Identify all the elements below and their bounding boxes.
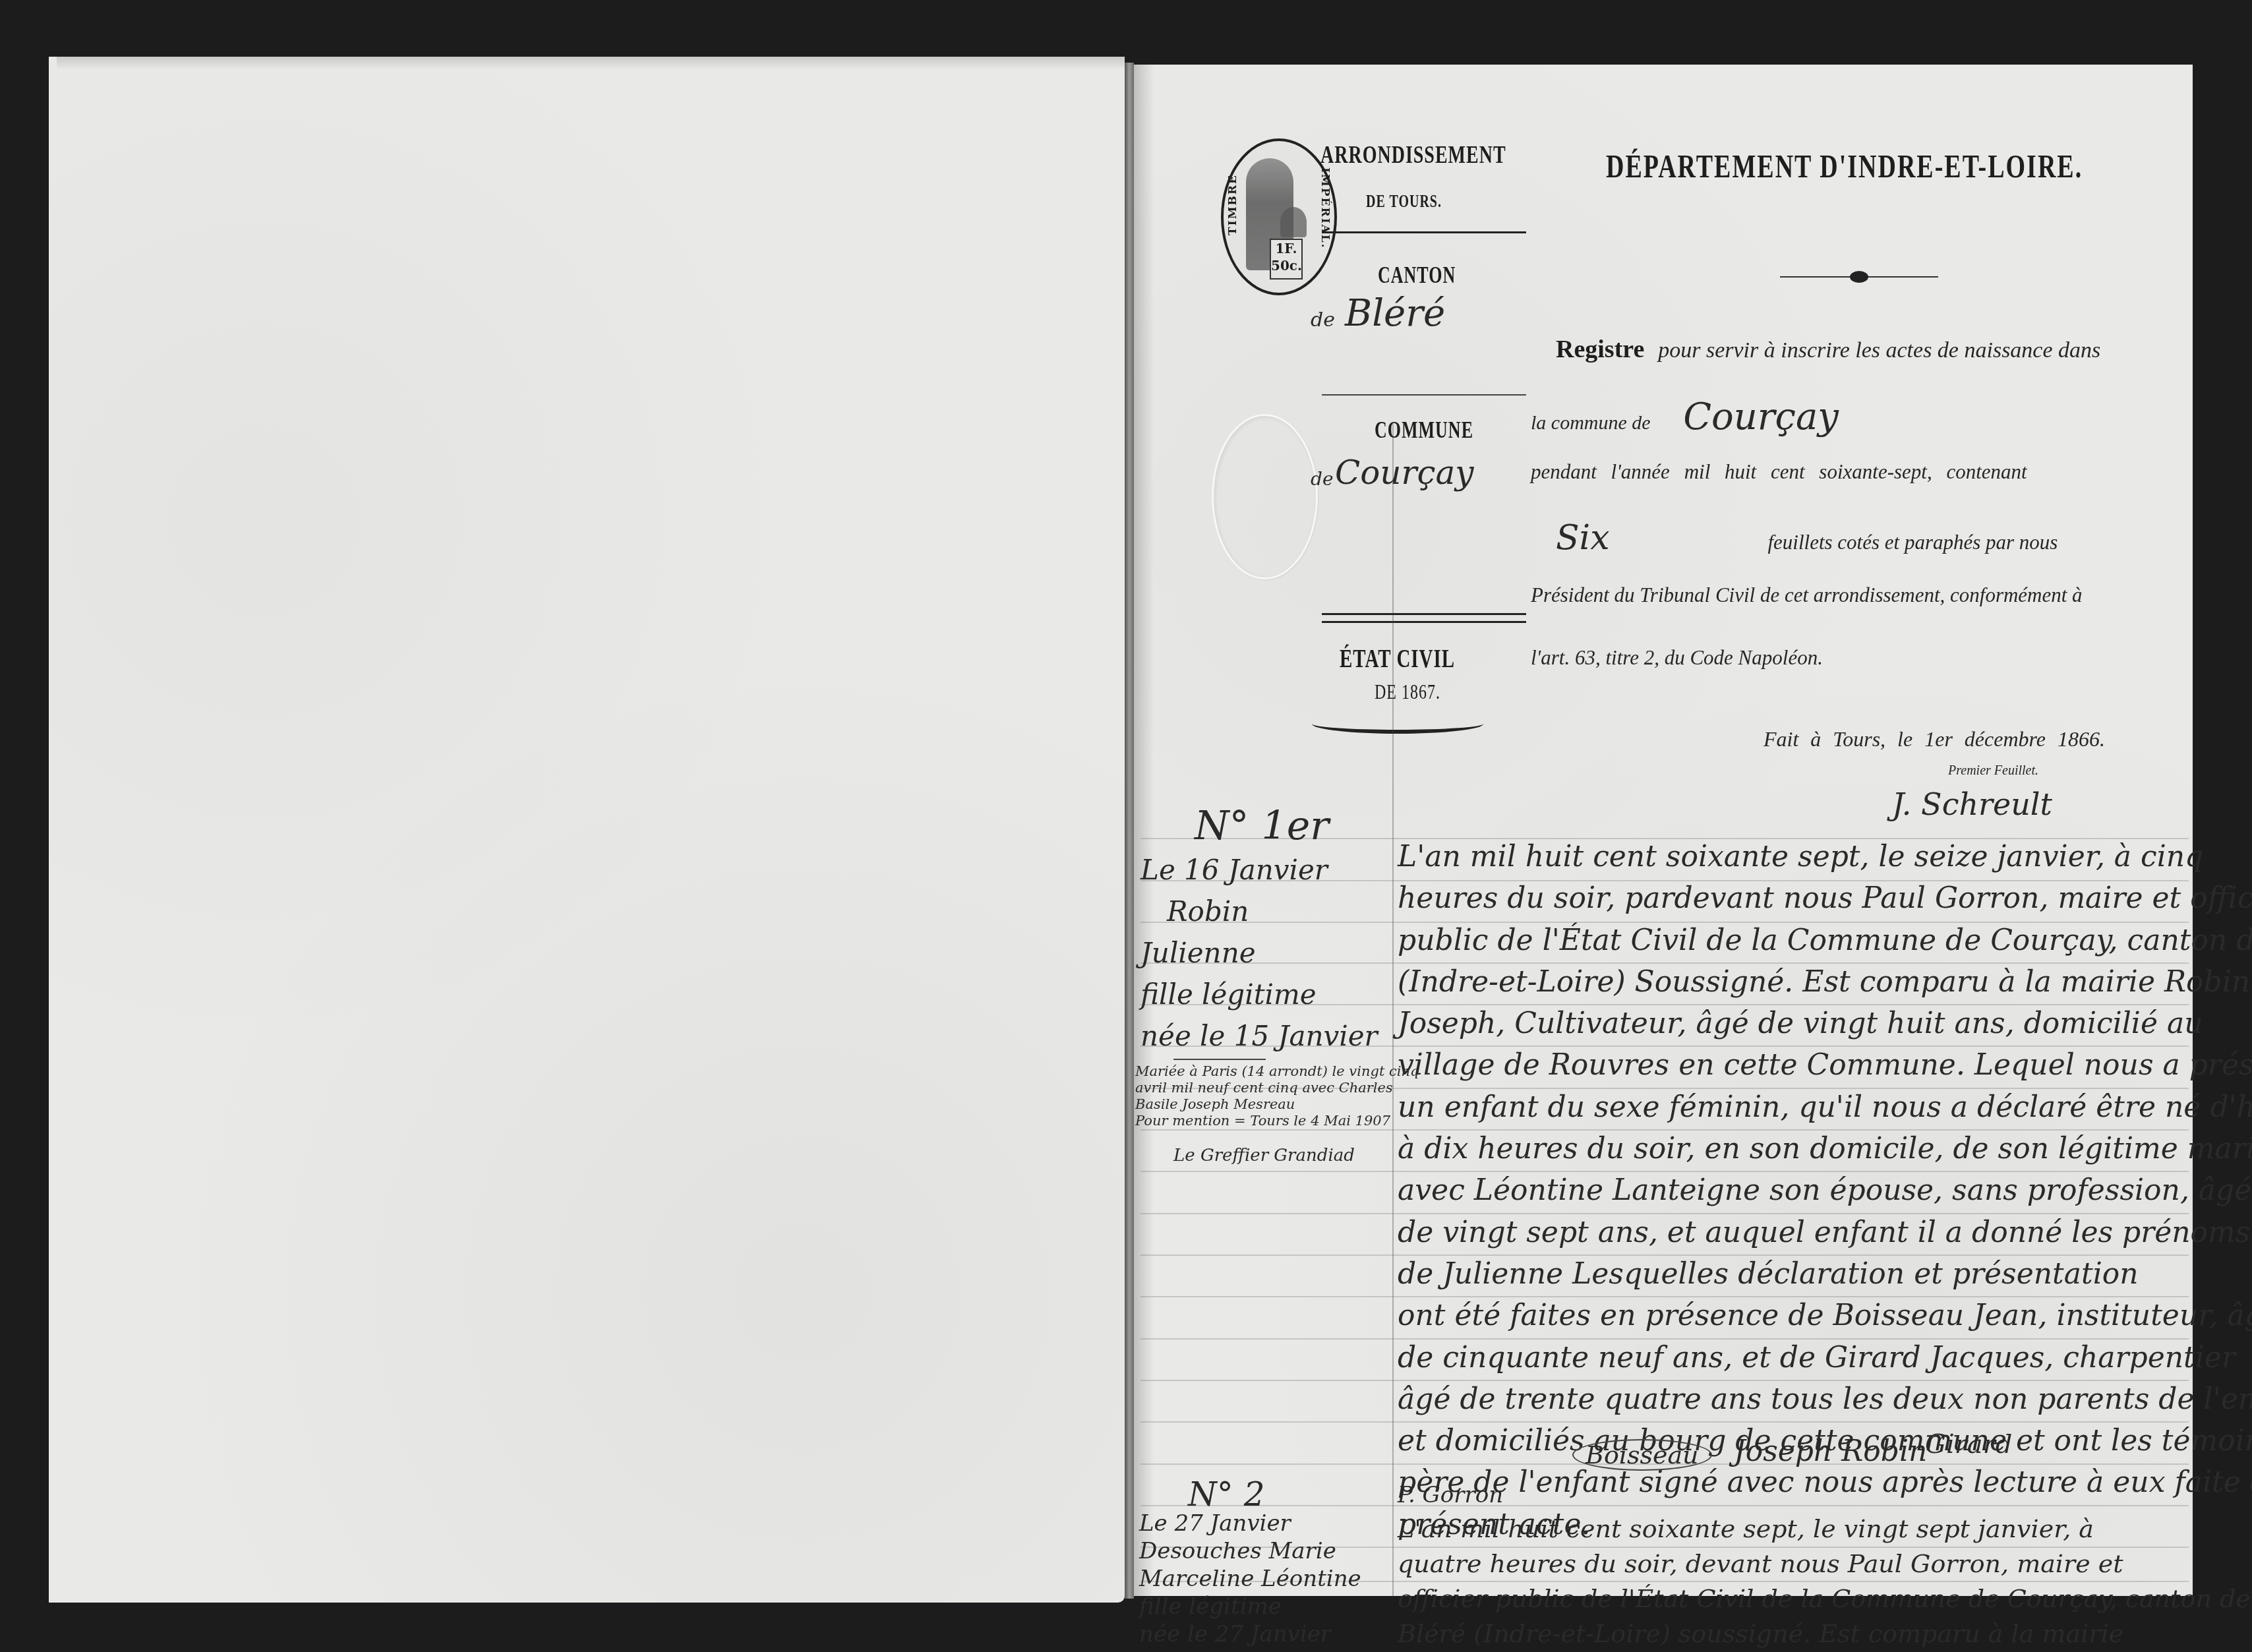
body-line: Bléré (Indre-et-Loire) soussigné. Est co… [1398, 1616, 2251, 1651]
entry-1-date: Le 16 Janvier [1141, 849, 1378, 891]
entry-2-given-names: Marceline Léontine [1139, 1565, 1361, 1593]
entry-1-given-name: Julienne [1141, 932, 1378, 974]
registre-commune-value: Courçay [1683, 396, 1839, 438]
annotation-line: Mariée à Paris (14 arrondt) le vingt cin… [1135, 1063, 1419, 1080]
body-line: quatre heures du soir, devant nous Paul … [1398, 1547, 2251, 1581]
body-line: de cinquante neuf ans, et de Girard Jacq… [1398, 1337, 2252, 1378]
body-line: de vingt sept ans, et auquel enfant il a… [1398, 1212, 2252, 1253]
entry-2-status: fille légitime [1139, 1593, 1361, 1620]
registre-line-1: Registre pour servir à inscrire les acte… [1556, 335, 2100, 364]
etat-civil-label: ÉTAT CIVIL [1340, 645, 1455, 674]
entry-1-marginal-annotation: Mariée à Paris (14 arrondt) le vingt cin… [1135, 1063, 1419, 1129]
gutter-shadow [1134, 65, 1154, 1596]
body-line: à dix heures du soir, en son domicile, d… [1398, 1128, 2252, 1169]
body-line: village de Rouvres en cette Commune. Leq… [1398, 1044, 2252, 1086]
stamp-value: 1F. 50c. [1270, 239, 1303, 280]
body-line: L'an mil huit cent soixante sept, le sei… [1398, 836, 2252, 877]
entry-2-name: Desouches Marie [1139, 1537, 1361, 1565]
body-line: officier public de l'État Civil de la Co… [1398, 1581, 2251, 1616]
president-signature: J. Schreult [1892, 786, 2052, 822]
register-page: TIMBRE IMPÉRIAL. 1F. 50c. ARRONDISSEMENT… [1134, 65, 2193, 1596]
greffier-signature: Le Greffier Grandiad [1173, 1146, 1355, 1165]
eagle-icon [1280, 207, 1307, 237]
signature-boisseau: Boisseau [1572, 1439, 1712, 1471]
left-page-blank [49, 57, 1125, 1603]
canton-prefix: de [1311, 309, 1335, 332]
book-spine [1125, 63, 1134, 1599]
body-line: âgé de trente quatre ans tous les deux n… [1398, 1378, 2252, 1420]
divider [1322, 394, 1526, 396]
title-ornament [1780, 274, 1938, 280]
divider [1322, 231, 1526, 233]
registre-line-6: l'art. 63, titre 2, du Code Napoléon. [1531, 646, 1823, 670]
canton-value: Bléré [1345, 292, 1445, 335]
registre-line-4: Six feuillets cotés et paraphés par nous [1556, 518, 2058, 558]
commune-prefix: de [1311, 468, 1334, 490]
year-label: DE 1867. [1375, 681, 1440, 705]
entry-1-margin: Le 16 Janvier Robin Julienne fille légit… [1141, 849, 1378, 1057]
canton-label: CANTON [1378, 262, 1456, 289]
stamp-text-left: TIMBRE [1226, 174, 1239, 235]
entry-1-surname: Robin [1141, 891, 1378, 932]
entry-2-date: Le 27 Janvier [1139, 1510, 1361, 1537]
entry-2-birth-date: née le 27 Janvier [1139, 1620, 1361, 1648]
registre-word: Registre [1556, 336, 1644, 363]
stamp-value-centimes: 50c. [1271, 257, 1301, 274]
body-line: public de l'État Civil de la Commune de … [1398, 920, 2252, 961]
registre-line-3: pendant l'année mil huit cent soixante-s… [1531, 460, 2027, 484]
body-line: Joseph, Cultivateur, âgé de vingt huit a… [1398, 1003, 2252, 1044]
annotation-line: Pour mention = Tours le 4 Mai 1907 [1135, 1113, 1419, 1129]
body-line: L'an mil huit cent soixante sept, le vin… [1398, 1512, 2251, 1547]
entry-1-status: fille légitime [1141, 974, 1378, 1015]
place-and-date: Fait à Tours, le 1er décembre 1866. [1763, 727, 2105, 752]
ornamental-swash [1312, 714, 1483, 734]
signature-girard: Girard [1925, 1429, 2012, 1460]
registre-text: feuillets cotés et paraphés par nous [1767, 531, 2058, 554]
page-top-fold [57, 57, 1125, 69]
body-line: un enfant du sexe féminin, qu'il nous a … [1398, 1086, 2252, 1128]
entry-2-number: N° 2 [1188, 1475, 1264, 1514]
stamp-text-right: IMPÉRIAL. [1319, 167, 1332, 249]
department-title: DÉPARTEMENT D'INDRE-ET-LOIRE. [1606, 147, 2083, 186]
sheet-label: Premier Feuillet. [1948, 763, 2038, 779]
registre-line-5: Président du Tribunal Civil de cet arron… [1531, 583, 2083, 607]
entry-1-birth-date: née le 15 Janvier [1141, 1015, 1378, 1057]
signature-gorron: P. Gorron [1398, 1482, 1503, 1508]
body-line: avec Léontine Lanteigne son épouse, sans… [1398, 1169, 2252, 1211]
signature-joseph-robin: Joseph Robin [1734, 1434, 1927, 1468]
body-line: heures du soir, pardevant nous Paul Gorr… [1398, 877, 2252, 919]
entry-2-body: L'an mil huit cent soixante sept, le vin… [1398, 1512, 2251, 1651]
registre-text: pour servir à inscrire les actes de nais… [1658, 338, 2100, 363]
stamp-value-francs: 1F. [1271, 240, 1301, 257]
sheet-count-value: Six [1556, 518, 1610, 558]
double-divider [1322, 613, 1526, 623]
registre-line-2: la commune de Courçay [1531, 396, 1839, 438]
entry-1-number: N° 1er [1195, 803, 1329, 849]
arrondissement-label: ARRONDISSEMENT [1320, 142, 1506, 170]
annotation-divider [1173, 1059, 1266, 1060]
body-line: (Indre-et-Loire) Soussigné. Est comparu … [1398, 961, 2252, 1003]
commune-value: Courçay [1335, 454, 1474, 492]
registre-text: la commune de [1531, 412, 1651, 434]
arrondissement-value: DE TOURS. [1366, 192, 1442, 212]
imperial-stamp-seal: TIMBRE IMPÉRIAL. 1F. 50c. [1221, 138, 1337, 295]
annotation-line: Basile Joseph Mesreau [1135, 1096, 1419, 1113]
embossed-seal [1212, 414, 1318, 579]
entry-2-margin: Le 27 Janvier Desouches Marie Marceline … [1139, 1510, 1361, 1648]
body-line: de Julienne Lesquelles déclaration et pr… [1398, 1253, 2252, 1295]
annotation-line: avril mil neuf cent cinq avec Charles [1135, 1080, 1419, 1096]
commune-label: COMMUNE [1375, 417, 1473, 444]
body-line: ont été faites en présence de Boisseau J… [1398, 1295, 2252, 1336]
